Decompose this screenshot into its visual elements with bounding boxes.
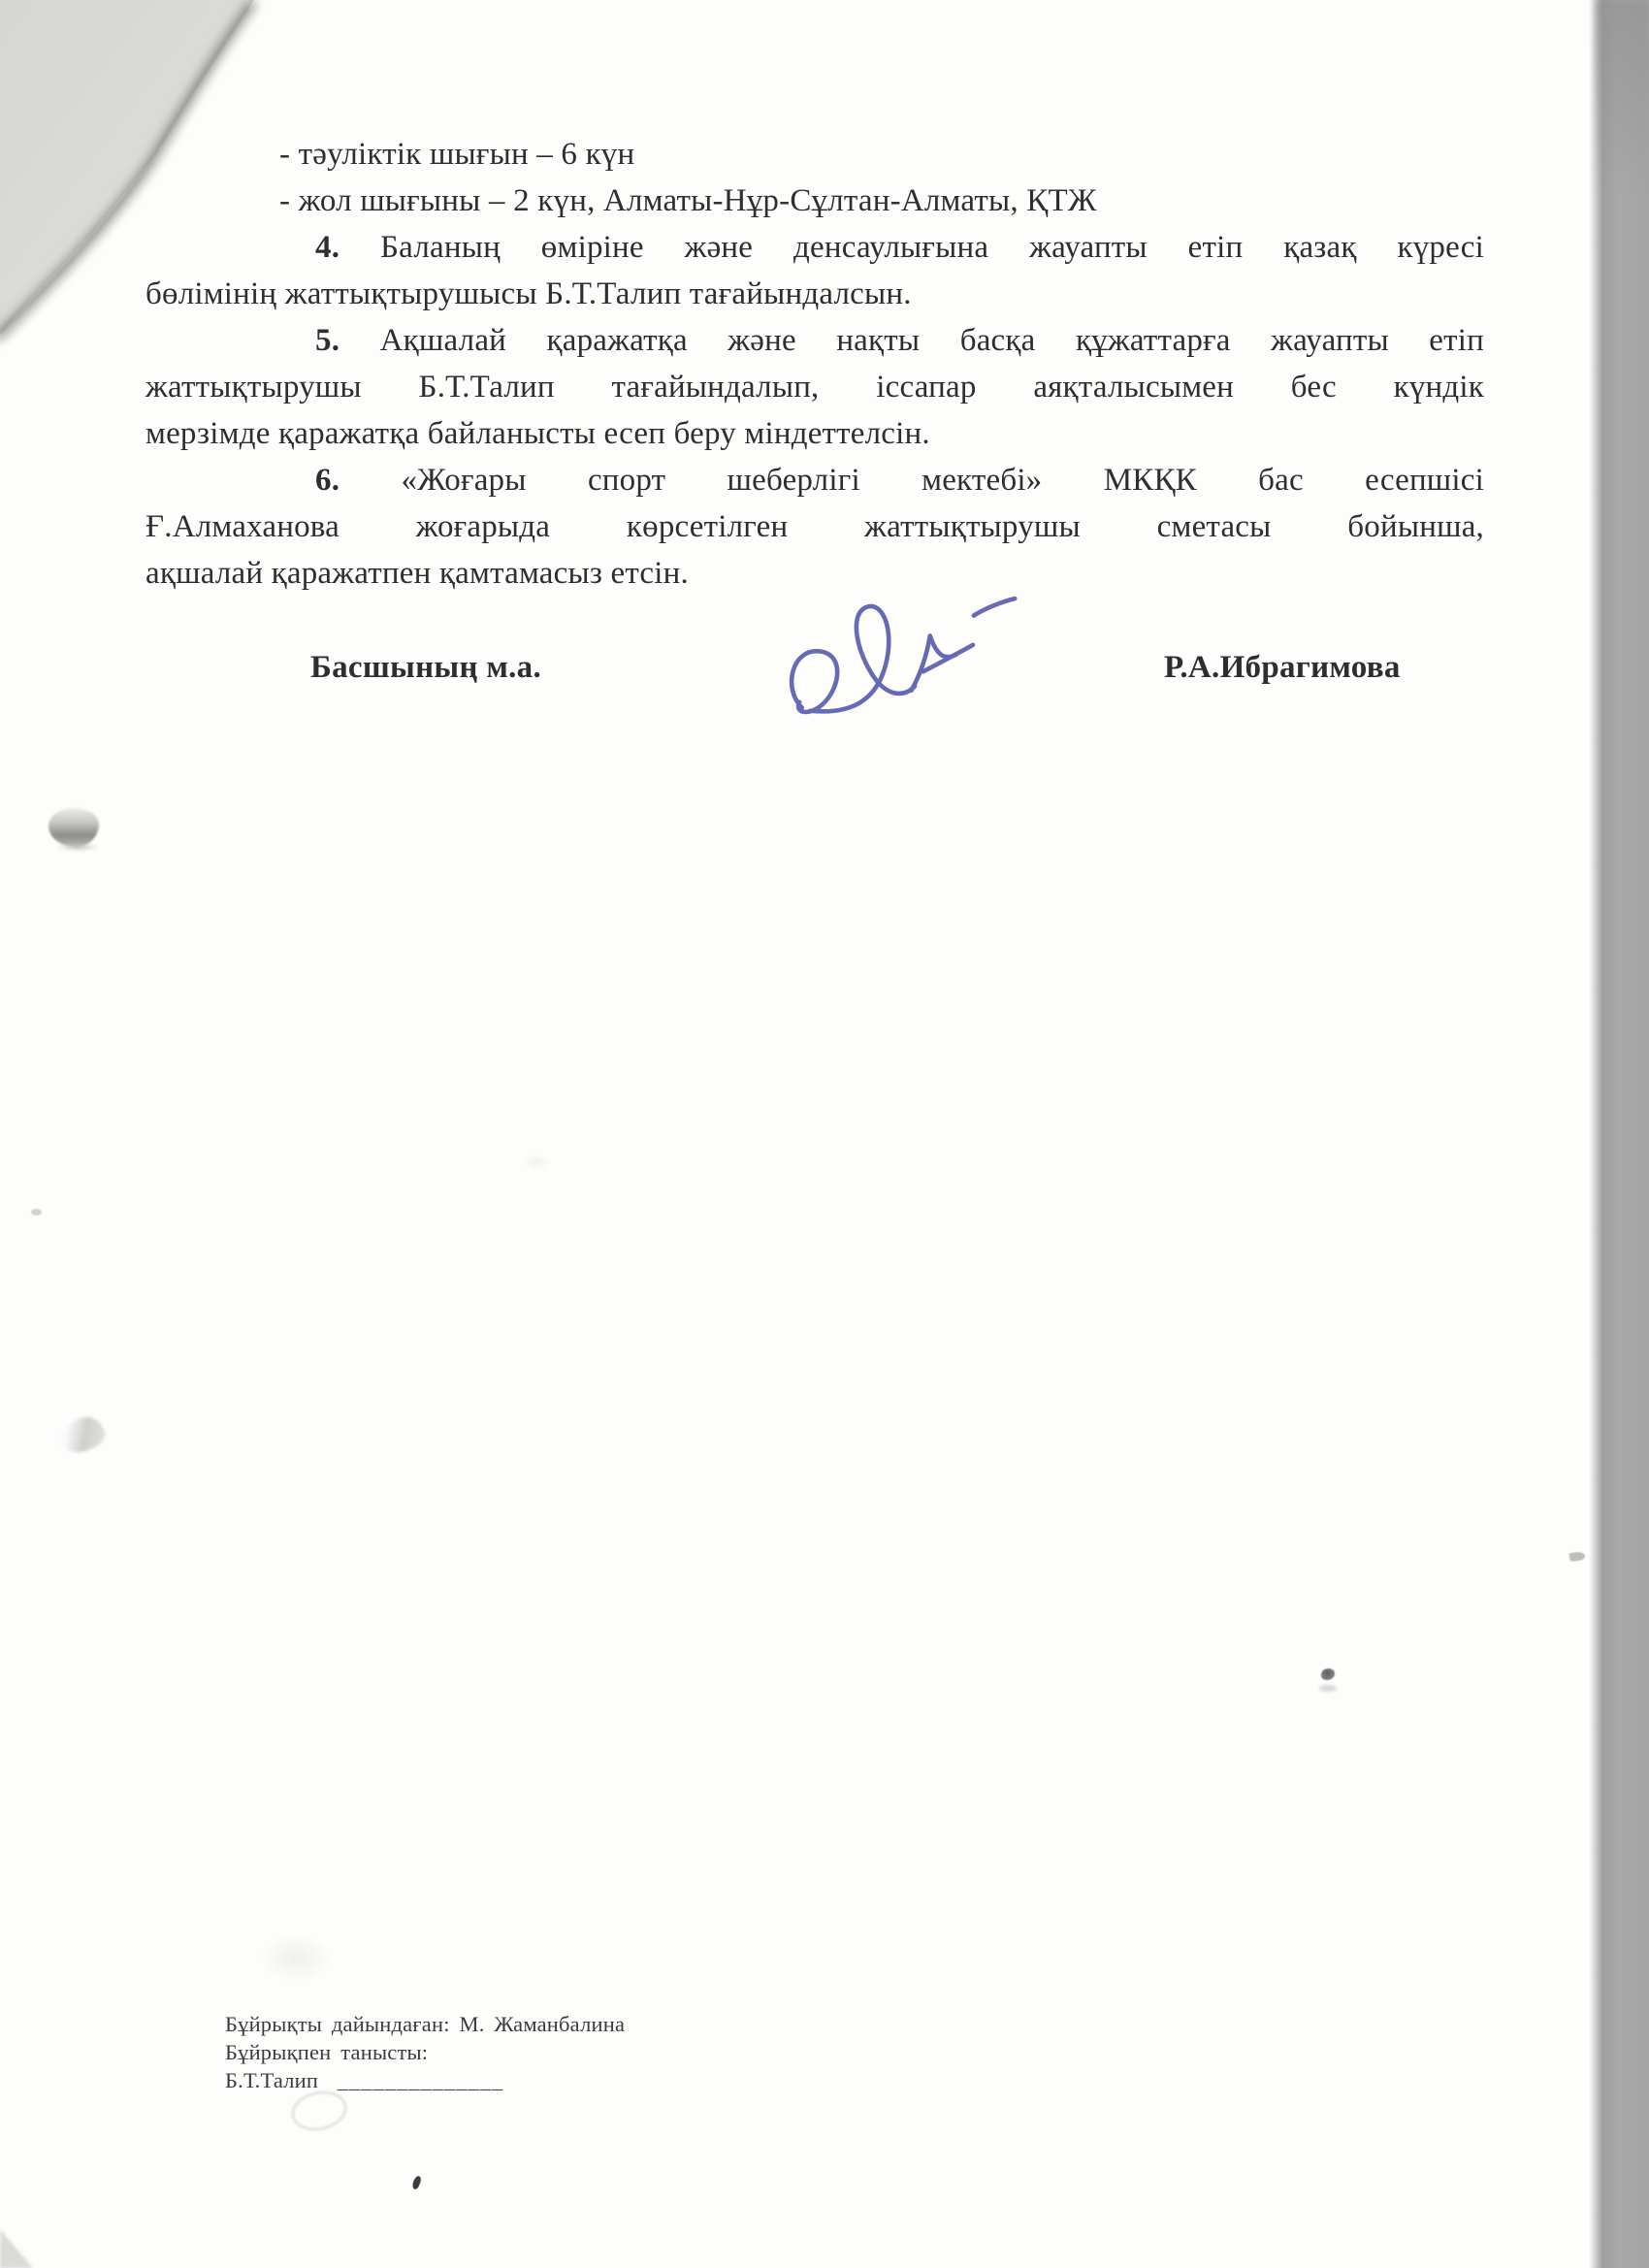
footer-prepared-by: Бұйрықты дайындаған: М. Жаманбалина: [225, 2010, 625, 2038]
scanned-document-page: { "page": { "kind": "scanned order page …: [0, 0, 1649, 2268]
doc-line-item5-end: мерзімде қаражатқа байланысты есеп беру …: [145, 410, 1484, 457]
doc-line-item5-cont: жаттықтырушы Б.Т.Талип тағайындалып, ісс…: [145, 364, 1484, 410]
signatory-name: Р.А.Ибрагимова: [1164, 650, 1401, 686]
ink-speck: [411, 2175, 423, 2190]
faint-blotch: [262, 1935, 330, 1982]
footer-acquainted-signature-line: Б.Т.Талип ______________: [225, 2066, 625, 2094]
doc-line-daily-allowance: - тәуліктік шығын – 6 күн: [145, 131, 1484, 178]
footer-acquainted-name: Б.Т.Талип: [225, 2068, 318, 2092]
item-text: Баланың өміріне және денсаулығына жауапт…: [380, 230, 1484, 265]
footer-acquainted-label: Бұйрықпен танысты:: [225, 2038, 625, 2066]
item-text: «Жоғары спорт шеберлігі мектебі» МКҚК ба…: [401, 463, 1484, 498]
scan-smudge: [57, 1413, 109, 1456]
doc-line-item5: 5. Ақшалай қаражатқа және нақты басқа құ…: [145, 317, 1484, 364]
signatory-title: Басшының м.а.: [310, 650, 541, 686]
scan-speck: [1321, 1669, 1335, 1680]
scan-speck: [31, 1209, 42, 1215]
doc-line-item4: 4. Баланың өміріне және денсаулығына жау…: [145, 224, 1484, 271]
item-text: Ақшалай қаражатқа және нақты басқа құжат…: [380, 323, 1484, 358]
faint-blotch: [524, 1154, 549, 1170]
doc-line-travel-expense: - жол шығыны – 2 күн, Алматы-Нұр-Сұлтан-…: [145, 178, 1484, 224]
scan-speck: [1568, 1551, 1585, 1562]
scanner-edge-band: [1589, 0, 1649, 2268]
scan-smudge: [48, 808, 99, 847]
handwritten-signature-icon: [768, 567, 1045, 748]
document-body: - тәуліктік шығын – 6 күн - жол шығыны –…: [145, 131, 1484, 597]
item-number: 5.: [315, 323, 339, 358]
doc-line-item6: 6. «Жоғары спорт шеберлігі мектебі» МКҚК…: [145, 457, 1484, 503]
scan-speck-shadow: [1319, 1685, 1337, 1692]
item-number: 6.: [315, 463, 339, 498]
scanner-edge-smudge: [1596, 0, 1649, 194]
scanner-corner-wedge: [0, 2229, 33, 2268]
scan-smudge: [56, 842, 99, 852]
item-number: 4.: [315, 230, 339, 265]
footer-block: Бұйрықты дайындаған: М. Жаманбалина Бұйр…: [225, 2010, 625, 2094]
signature-blank-line: ______________: [338, 2068, 504, 2092]
doc-line-item6-cont: Ғ.Алмаханова жоғарыда көрсетілген жаттық…: [145, 503, 1484, 550]
doc-line-item4-cont: бөлімінің жаттықтырушысы Б.Т.Талип тағай…: [145, 271, 1484, 317]
